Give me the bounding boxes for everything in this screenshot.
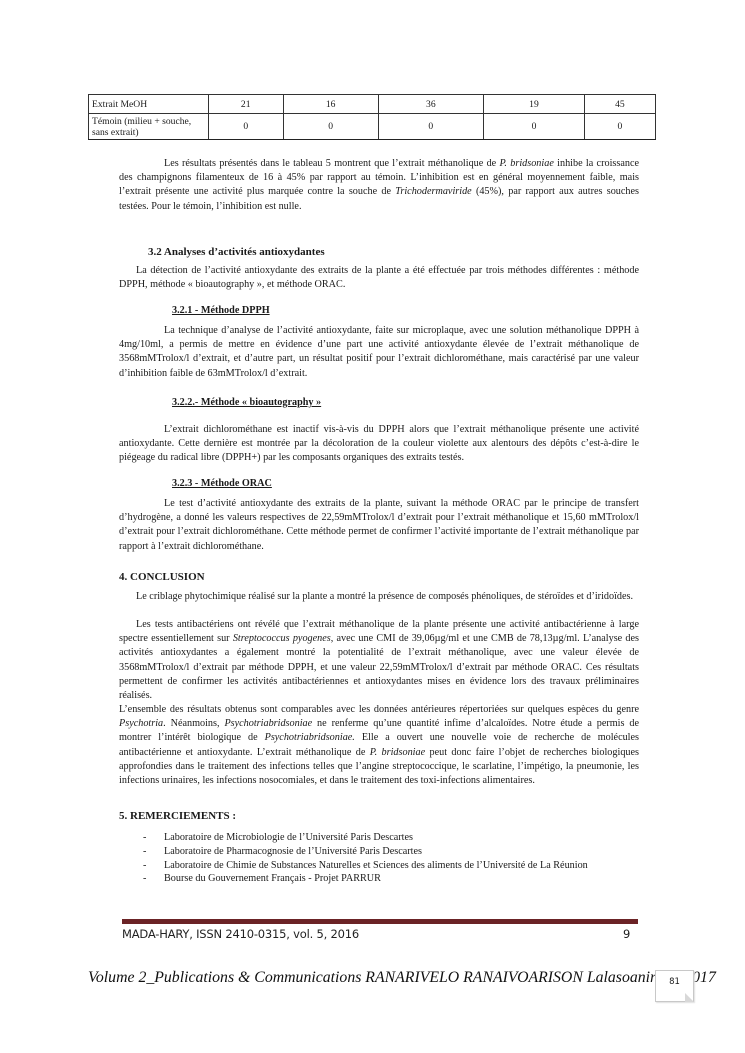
antioxidant-intro-paragraph: La détection de l’activité antioxydante … [119, 264, 639, 292]
row-label: Extrait MeOH [89, 95, 209, 114]
species-name: P. bridsoniae [370, 747, 425, 758]
conclusion-paragraph-2: Les tests antibactériens ont révélé que … [119, 618, 639, 703]
subsection-heading-dpph: 3.2.1 - Méthode DPPH [172, 305, 270, 316]
page-number-box: 81 [655, 970, 694, 1002]
list-item: -Laboratoire de Chimie de Substances Nat… [143, 859, 588, 873]
table-cell: 0 [208, 114, 283, 140]
genus-name: Psychotria [119, 718, 163, 729]
page-curl-icon [685, 993, 694, 1002]
bioautography-paragraph: L’extrait dichlorométhane est inactif vi… [119, 423, 639, 466]
species-name: Psychotriabridsoniae. [265, 732, 355, 743]
bullet-dash: - [143, 872, 146, 886]
conclusion-paragraph-3: L’ensemble des résultats obtenus sont co… [119, 703, 639, 788]
species-name: Trichodermaviride [395, 186, 471, 197]
bullet-dash: - [143, 845, 146, 859]
table-cell: 21 [208, 95, 283, 114]
bullet-dash: - [143, 831, 146, 845]
conclusion-paragraph-1: Le criblage phytochimique réalisé sur la… [119, 590, 639, 604]
list-item: -Laboratoire de Microbiologie de l’Unive… [143, 831, 588, 845]
journal-citation: MADA-HARY, ISSN 2410-0315, vol. 5, 2016 [122, 927, 359, 941]
page-number: 81 [669, 977, 680, 987]
table-cell: 19 [484, 95, 585, 114]
results-table: Extrait MeOH 21 16 36 19 45 Témoin (mili… [88, 94, 656, 140]
table-row: Témoin (milieu + souche, sans extrait) 0… [89, 114, 656, 140]
table-cell: 0 [378, 114, 484, 140]
section-heading-conclusion: 4. CONCLUSION [119, 571, 205, 583]
table-cell: 16 [283, 95, 378, 114]
results-paragraph: Les résultats présentés dans le tableau … [119, 157, 639, 214]
subsection-heading-orac: 3.2.3 - Méthode ORAC [172, 478, 272, 489]
species-name: Psychotriabridsoniae [224, 718, 312, 729]
orac-paragraph: Le test d’activité antioxydante des extr… [119, 497, 639, 554]
table-cell: 0 [283, 114, 378, 140]
acknowledgements-list: -Laboratoire de Microbiologie de l’Unive… [143, 831, 588, 886]
species-name: Streptococcus pyogenes [233, 633, 331, 644]
dpph-paragraph: La technique d’analyse de l’activité ant… [119, 324, 639, 381]
table-row: Extrait MeOH 21 16 36 19 45 [89, 95, 656, 114]
table-cell: 0 [584, 114, 655, 140]
species-name: P. bridsoniae [500, 158, 554, 169]
list-item: -Laboratoire de Pharmacognosie de l’Univ… [143, 845, 588, 859]
section-heading-acknowledgements: 5. REMERCIEMENTS : [119, 810, 236, 822]
journal-page-number: 9 [623, 927, 630, 941]
footer-rule [122, 919, 638, 924]
volume-footer-line: Volume 2_Publications & Communications R… [88, 969, 716, 987]
bullet-dash: - [143, 859, 146, 873]
list-item: -Bourse du Gouvernement Français - Proje… [143, 872, 588, 886]
table-cell: 36 [378, 95, 484, 114]
row-label: Témoin (milieu + souche, sans extrait) [89, 114, 209, 140]
subsection-heading-bioautography: 3.2.2.- Méthode « bioautography » [172, 397, 321, 408]
section-heading-3-2: 3.2 Analyses d’activités antioxydantes [148, 246, 325, 258]
table-cell: 45 [584, 95, 655, 114]
table-cell: 0 [484, 114, 585, 140]
